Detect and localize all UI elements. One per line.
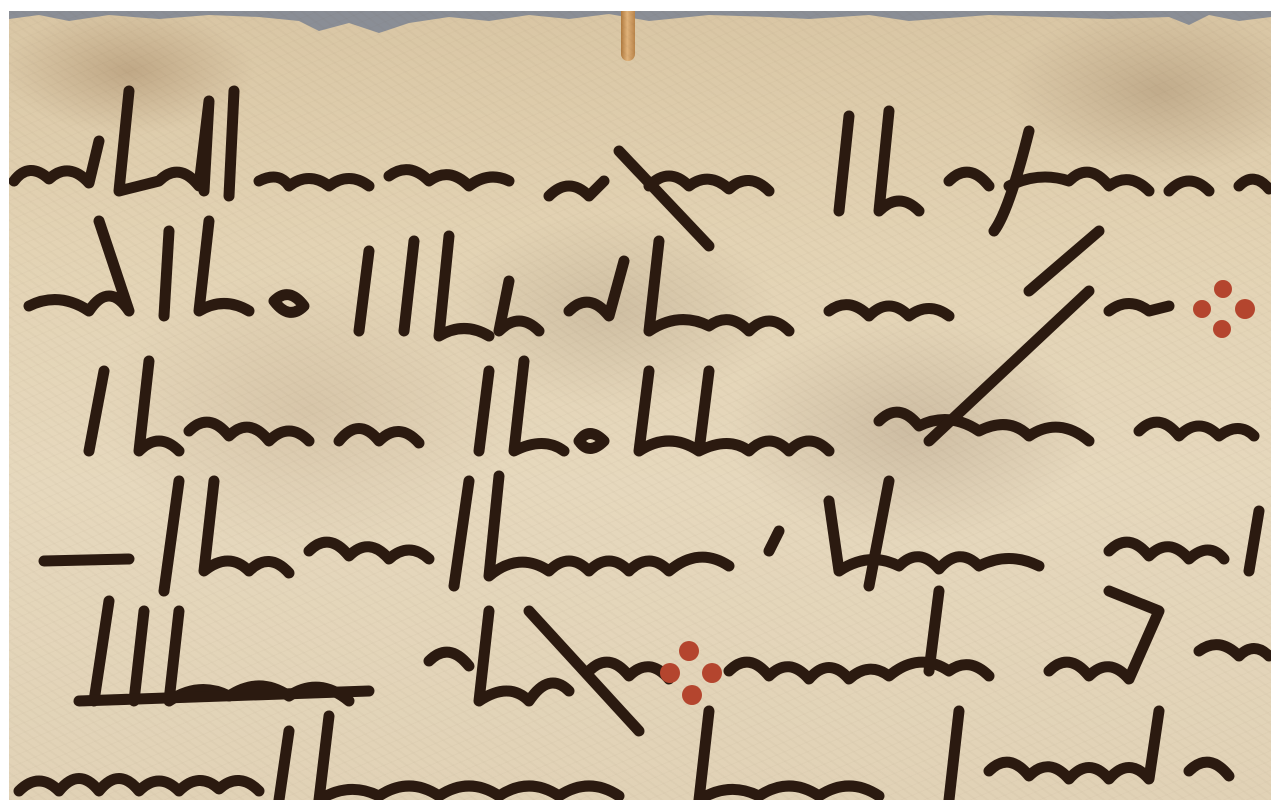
red-quatrefoil-line5	[660, 641, 722, 705]
red-quatrefoil-line2	[1193, 280, 1255, 338]
rubrication-marks	[9, 11, 1271, 800]
manuscript-photo: Close-up photograph of a parchment leaf …	[9, 11, 1271, 800]
